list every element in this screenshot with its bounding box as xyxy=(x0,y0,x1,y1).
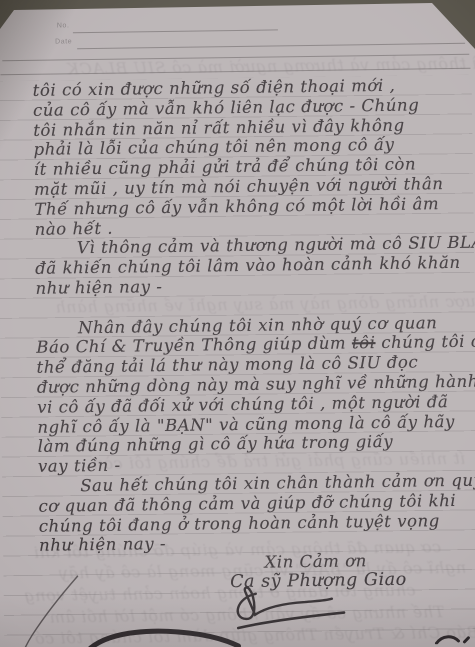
paper-content: No. Date Vì thông cảm và thương người mà… xyxy=(0,0,475,647)
letter-body: tôi có xin được những số điện thoại mới … xyxy=(33,75,473,596)
strikethrough-word: tôi xyxy=(352,333,376,352)
header-separator-line xyxy=(2,54,469,62)
letter-paper: No. Date Vì thông cảm và thương người mà… xyxy=(0,0,475,647)
header-separator-line-2 xyxy=(0,68,470,76)
letter-photo: No. Date Vì thông cảm và thương người mà… xyxy=(0,0,475,647)
line-segment: chúng tôi có xyxy=(375,332,475,353)
date-label: Date xyxy=(55,38,72,45)
no-label: No. xyxy=(57,22,70,29)
no-line xyxy=(73,29,278,33)
date-line xyxy=(77,43,465,49)
